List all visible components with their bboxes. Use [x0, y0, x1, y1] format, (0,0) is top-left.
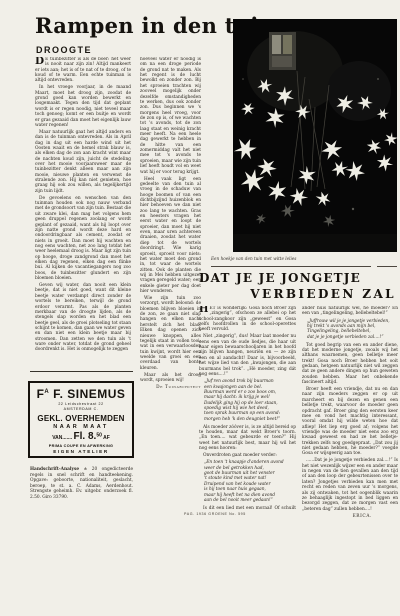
- ad-atelier-line: EIGEN ATELIER: [30, 449, 132, 454]
- ad-finishing-line: PRIMA COUPE EN AFWERKING: [30, 444, 132, 448]
- article2-column-left: HET is wonderlijk: Gosa noch Broer zijn …: [199, 306, 296, 510]
- ad-firm-name: FA F. SINEMUS: [30, 387, 132, 401]
- article1-column-1: DE tuinbezitter is als de boer: het weer…: [35, 57, 131, 368]
- ad-product: GEKL. OVERHEMDEN: [30, 414, 132, 423]
- paragraph: Maar als het droog wordt, sproeien wij!: [140, 373, 201, 384]
- divider: [377, 266, 397, 267]
- ad-price: VAN....... Fl. 8.50 AF: [30, 431, 132, 442]
- lilies-photo-image: [233, 19, 397, 252]
- article2-title-line2: VERBIEDEN ZAL: [199, 287, 398, 301]
- paragraph: ......Dat je je jongetje verbieden zal..…: [302, 458, 398, 512]
- paragraph: Wie zijn tuin zoo verzorgt, wordt beloon…: [140, 296, 201, 371]
- page-footer: PAG. 1936 GROENE No. 595: [184, 512, 246, 516]
- divider: [30, 371, 133, 372]
- paragraph: hoeveel water er noodig is om na een dro…: [140, 57, 201, 175]
- paragraph: DE tuinbezitter is als de boer: het weer…: [35, 57, 131, 84]
- classified-body: ± 20 ongedicteerde regels in snel schrif…: [30, 467, 133, 500]
- dropcap-letter: H: [199, 306, 209, 315]
- photo-caption: Een hoekje van den tuin met witte lelies: [211, 256, 397, 261]
- paragraph: Maar natuurlijk gaat het altijd anders e…: [35, 130, 131, 194]
- paragraph: Onverdroten gaat moeder verder:: [199, 453, 296, 458]
- article1-column-2: hoeveel water er noodig is om na een dro…: [140, 57, 201, 503]
- paragraph: Heel vaak ligt een gedeelte van den tuin…: [140, 177, 201, 295]
- paragraph-text: ET is wonderlijk: Gosa noch Broer zijn „…: [199, 306, 296, 332]
- dropcap-letter: D: [35, 57, 45, 66]
- ad-address-city: AMSTERDAM C.: [30, 407, 132, 411]
- ad-price-suffix: AF: [103, 435, 110, 441]
- window-glow: [269, 32, 296, 70]
- paragraph: Niet „zingerig”, dus! Maar laat moeder n…: [199, 334, 296, 377]
- classified-ad: Handschrift-Analyse ± 20 ongedicteerde r…: [30, 467, 133, 500]
- song-verse: „En toen 't knaapje d'anderen avond weer…: [199, 460, 296, 503]
- article1-subtitle: DROOGTE: [36, 45, 92, 55]
- article2-title-line1: DAT JE JE JONGETJE: [199, 271, 398, 285]
- classified-lead: Handschrift-Analyse: [30, 467, 79, 472]
- paragraph-text: E tuinbezitter is als de boer: het weer …: [35, 57, 131, 83]
- paragraph: Als moeder zóóver is, is ze altijd berei…: [199, 425, 296, 452]
- ad-price-cents: 50: [96, 432, 102, 438]
- paragraph: De gevoelens en wenschen van den tuinman…: [35, 196, 131, 282]
- article2-signature: ERICA.: [302, 514, 398, 519]
- ad-price-amount: Fl. 8.: [74, 431, 97, 442]
- ad-address-street: 22 Leidschestraat 22: [30, 402, 132, 406]
- paragraph: ander huis natuurlijk wel, hè moeder? En…: [302, 306, 398, 317]
- paragraph: Geven wij water, dan nooit een klein bee…: [35, 283, 131, 353]
- divider: [211, 266, 371, 267]
- ad-firm-rest: F. SINEMUS: [49, 387, 125, 401]
- newspaper-page: Rampen in den tuin DROOGTE DE tuinbezitt…: [0, 0, 400, 616]
- sinemus-ad: FA F. SINEMUS 22 Leidschestraat 22 AMSTE…: [28, 381, 134, 458]
- garden-photo: [233, 19, 397, 252]
- paragraph: Broer heeft een vriendje, dat nu en dan …: [302, 387, 398, 457]
- article1-signature: De Tuinarchitect: [140, 385, 201, 390]
- song-verse: „Juffrouw wil je je jongetje verbieden, …: [302, 319, 398, 340]
- paragraph: In het vroege voorjaar, in de maand Maar…: [35, 85, 131, 128]
- ad-product-sub: NAAR MAAT: [30, 424, 132, 430]
- ad-price-prefix: VAN.......: [52, 435, 72, 441]
- paragraph: HET is wonderlijk: Gosa noch Broer zijn …: [199, 306, 296, 333]
- paragraph: Is dit een lied met een moraal! Of schui…: [199, 506, 296, 510]
- article2-column-right: ander huis natuurlijk wel, hè moeder? En…: [302, 306, 398, 524]
- song-verse: „Juf'ren avond trok bij buurman een kwaj…: [199, 379, 296, 422]
- paragraph: Tot goed begrip van een en ander diene, …: [302, 343, 398, 386]
- article2-title: DAT JE JE JONGETJE VERBIEDEN ZAL: [199, 271, 398, 301]
